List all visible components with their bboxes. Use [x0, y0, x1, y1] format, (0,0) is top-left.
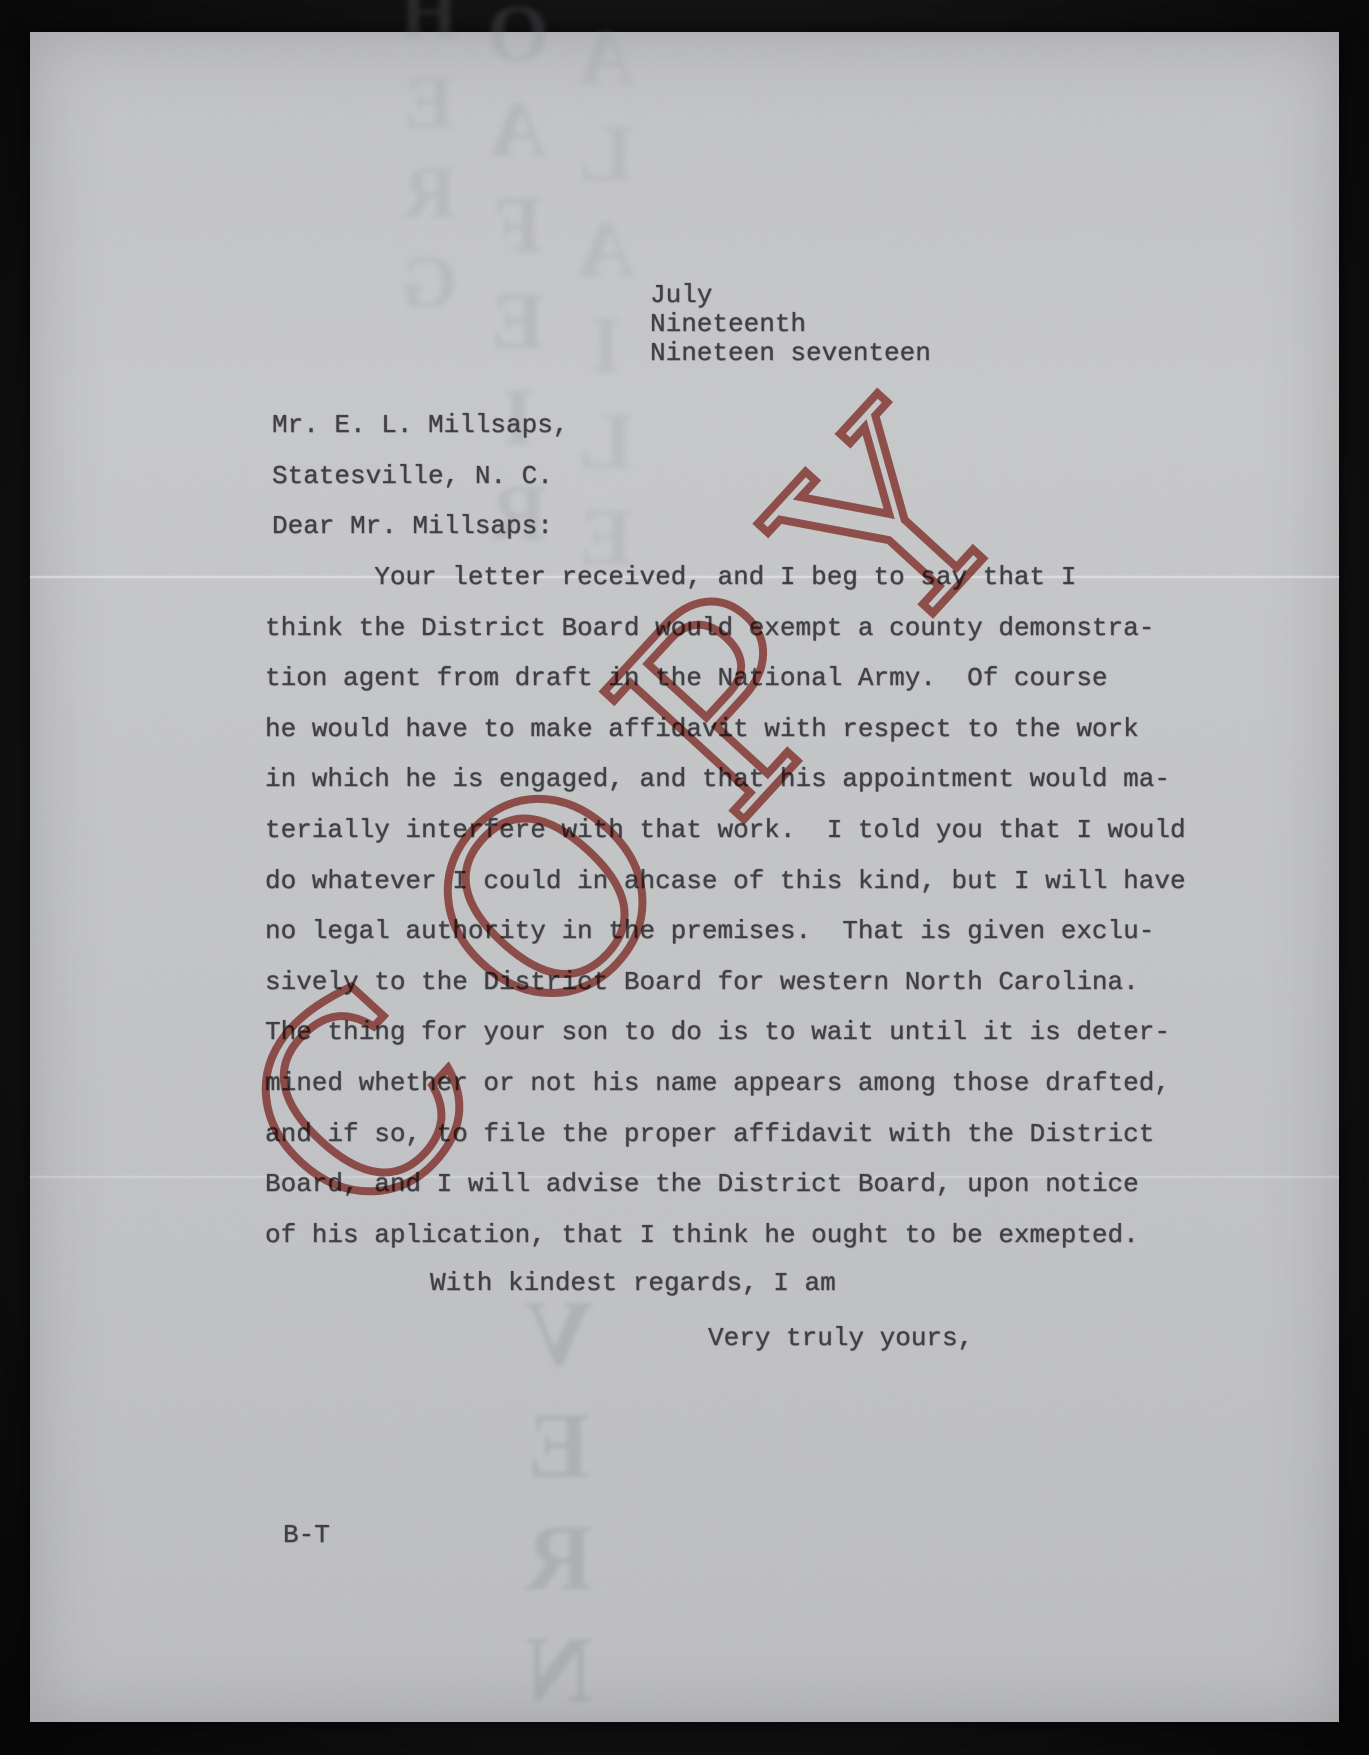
copy-stamp: COPY	[0, 0, 1369, 1755]
copy-stamp-text: COPY	[184, 309, 1108, 1279]
scanned-letter-screenshot: { "page": { "description": "Scanned type…	[0, 0, 1369, 1755]
